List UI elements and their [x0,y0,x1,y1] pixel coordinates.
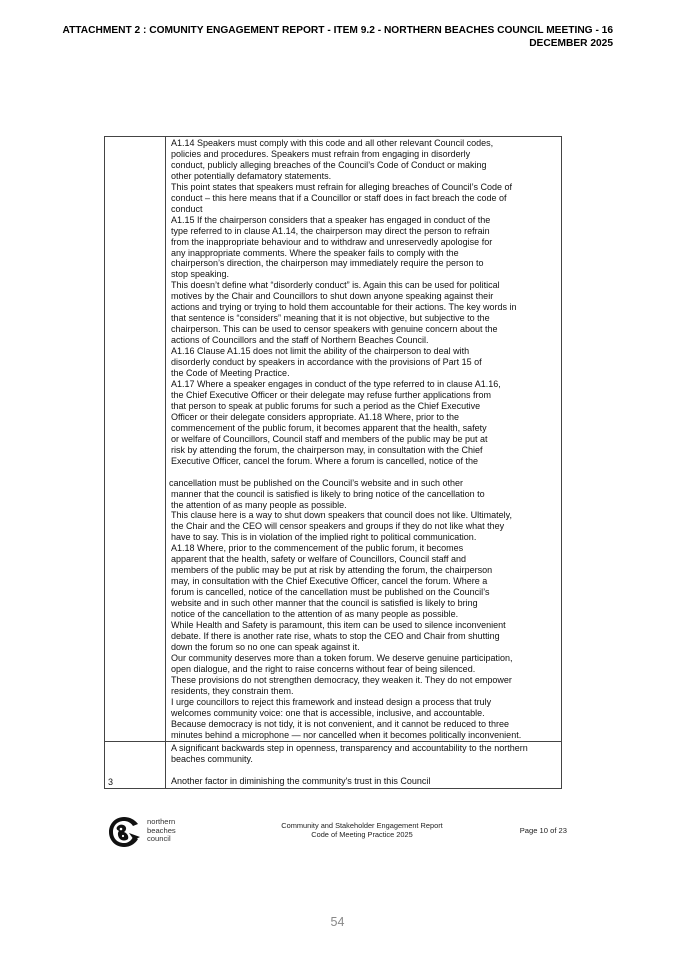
blank-line [171,765,557,776]
comment-line: Executive Officer, cancel the forum. Whe… [171,456,557,467]
comment-line: conduct [171,204,557,215]
table-row: 3 A significant backwards step in openne… [105,741,561,788]
comment-line: A significant backwards step in openness… [171,743,557,754]
comment-cell: A significant backwards step in openness… [166,742,561,788]
comment-text-part-2: cancellation must be published on the Co… [171,478,557,741]
row-number-cell [105,137,166,741]
comment-line: A1.18 Where, prior to the commencement o… [171,543,557,554]
comment-line: This point states that speakers must ref… [171,182,557,193]
comment-line: or welfare of Councillors, Council staff… [171,434,557,445]
comment-line: Another factor in diminishing the commun… [171,776,557,787]
comment-line: commencement of the public forum, it bec… [171,423,557,434]
comment-line: risk by attending the forum, the chairpe… [171,445,557,456]
comment-line: apparent that the health, safety or welf… [171,554,557,565]
comment-line: debate. If there is another rate rise, w… [171,631,557,642]
comment-line: may, in consultation with the Chief Exec… [171,576,557,587]
table-row: A1.14 Speakers must comply with this cod… [105,137,561,741]
comment-line: beaches community. [171,754,557,765]
comment-cell: A1.14 Speakers must comply with this cod… [166,137,561,741]
comment-line: These provisions do not strengthen democ… [171,675,557,686]
comment-line: actions of Councillors and the staff of … [171,335,557,346]
comment-line: motives by the Chair and Councillors to … [171,291,557,302]
comment-line: notice of the cancellation to the attent… [171,609,557,620]
comment-line: This clause here is a way to shut down s… [171,510,557,521]
row-number: 3 [108,777,113,787]
header-line-1: ATTACHMENT 2 : COMUNITY ENGAGEMENT REPOR… [33,25,613,38]
comment-line: minutes behind a microphone — nor cancel… [171,730,557,741]
comment-line: Because democracy is not tidy, it is not… [171,719,557,730]
comment-line: This doesn’t define what “disorderly con… [171,280,557,291]
comment-line: chairperson. This can be used to censor … [171,324,557,335]
comment-line: A1.14 Speakers must comply with this cod… [171,138,557,149]
feedback-table: A1.14 Speakers must comply with this cod… [104,136,562,789]
comment-line: the Chair and the CEO will censor speake… [171,521,557,532]
comment-line: that person to speak at public forums fo… [171,401,557,412]
page-break-gap [171,467,557,478]
comment-line: type referred to in clause A1.14, the ch… [171,226,557,237]
comment-line: cancellation must be published on the Co… [169,478,557,489]
footer-title-line-2: Code of Meeting Practice 2025 [262,830,462,839]
comment-line: members of the public may be put at risk… [171,565,557,576]
comment-text-part-1: A1.14 Speakers must comply with this cod… [171,138,557,467]
comment-line: Officer or their delegate considers appr… [171,412,557,423]
comment-line: any inappropriate comments. Where the sp… [171,248,557,259]
comment-line: the Chief Executive Officer or their del… [171,390,557,401]
comment-line: have to say. This is in violation of the… [171,532,557,543]
row-number-cell: 3 [105,742,166,788]
comment-line: other potentially defamatory statements. [171,171,557,182]
comment-line: that sentence is “considers” meaning tha… [171,313,557,324]
footer-report-title: Community and Stakeholder Engagement Rep… [262,821,462,839]
council-logo-text: northern beaches council [147,818,176,844]
attachment-header: ATTACHMENT 2 : COMUNITY ENGAGEMENT REPOR… [33,25,613,50]
comment-line: from the inappropriate behaviour and to … [171,237,557,248]
comment-line: conduct – this here means that if a Coun… [171,193,557,204]
comment-line: manner that the council is satisfied is … [171,489,557,500]
northern-beaches-council-logo-icon [107,815,141,849]
comment-line: A1.17 Where a speaker engages in conduct… [171,379,557,390]
comment-line: welcomes community voice: one that is ac… [171,708,557,719]
comment-line: While Health and Safety is paramount, th… [171,620,557,631]
comment-line: A1.15 If the chairperson considers that … [171,215,557,226]
comment-line: conduct, publicly alleging breaches of t… [171,160,557,171]
page-footer: northern beaches council Community and S… [107,815,573,851]
comment-line: Our community deserves more than a token… [171,653,557,664]
comment-line: website and in such other manner that th… [171,598,557,609]
comment-line: I urge councillors to reject this framew… [171,697,557,708]
page-number: 54 [0,915,675,929]
comment-line: stop speaking. [171,269,557,280]
comment-line: actions and trying or trying to hold the… [171,302,557,313]
header-line-2: DECEMBER 2025 [33,38,613,51]
logo-text-line: council [147,835,176,844]
comment-line: the attention of as many people as possi… [171,500,557,511]
footer-title-line-1: Community and Stakeholder Engagement Rep… [262,821,462,830]
comment-line: down the forum so no one can speak again… [171,642,557,653]
comment-line: residents, they constrain them. [171,686,557,697]
comment-line: policies and procedures. Speakers must r… [171,149,557,160]
comment-line: forum is cancelled, notice of the cancel… [171,587,557,598]
comment-line: open dialogue, and the right to raise co… [171,664,557,675]
comment-line: A1.16 Clause A1.15 does not limit the ab… [171,346,557,357]
footer-page-label: Page 10 of 23 [520,826,567,835]
comment-line: the Code of Meeting Practice. [171,368,557,379]
comment-line: chairperson’s direction, the chairperson… [171,258,557,269]
comment-line: disorderly conduct by speakers in accord… [171,357,557,368]
